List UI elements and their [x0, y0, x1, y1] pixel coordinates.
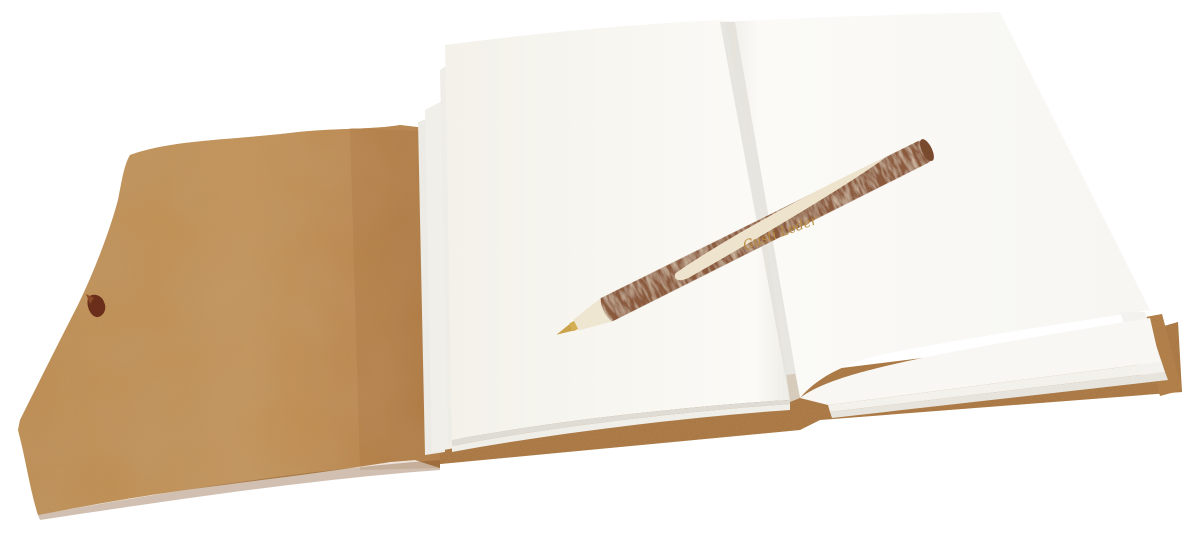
leather-cover-flap [18, 125, 440, 520]
journal-illustration: Gusti Leder [0, 0, 1200, 537]
product-photo: Gusti Leder Open leather-bound journal w… [0, 0, 1200, 537]
